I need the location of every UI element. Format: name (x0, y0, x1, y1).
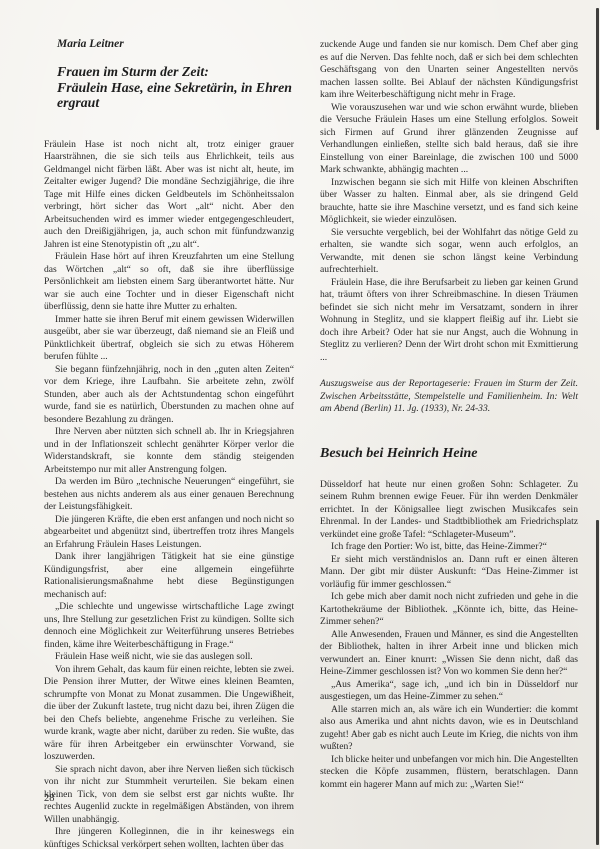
paragraph: Inzwischen begann sie sich mit Hilfe von… (320, 177, 578, 227)
paragraph: Ich frage den Portier: Wo ist, bitte, da… (320, 541, 578, 554)
paragraph: Sie sprach nicht davon, aber ihre Nerven… (44, 764, 294, 827)
author-name: Maria Leitner (57, 38, 294, 50)
paragraph: zuckende Auge und fanden sie nur komisch… (320, 39, 578, 102)
paragraph: Sie begann fünfzehnjährig, noch in den „… (44, 364, 294, 427)
paragraph: Von ihrem Gehalt, das kaum für einen rei… (44, 664, 294, 764)
left-column: Maria Leitner Frauen im Sturm der Zeit: … (44, 38, 294, 849)
scan-edge-artifact-bottom (596, 520, 599, 845)
scan-edge-artifact-top (596, 8, 599, 130)
paragraph: Alle Anwesenden, Frauen und Männer, es s… (320, 629, 578, 679)
paragraph: Fräulein Hase weiß nicht, wie sie das au… (44, 651, 294, 664)
two-column-layout: Maria Leitner Frauen im Sturm der Zeit: … (44, 38, 576, 849)
article-title-line-1: Frauen im Sturm der Zeit: (57, 64, 294, 80)
article-title-line-2: Fräulein Hase, eine Sekretärin, in Ehren (57, 80, 294, 96)
paragraph: Fräulein Hase, die ihre Berufsarbeit zu … (320, 277, 578, 365)
scanned-book-page: Maria Leitner Frauen im Sturm der Zeit: … (0, 0, 600, 849)
paragraph: Düsseldorf hat heute nur einen großen So… (320, 479, 578, 542)
paragraph: Ich blicke heiter und unbefangen vor mic… (320, 754, 578, 792)
source-note: Auszugsweise aus der Reportageserie: Fra… (320, 378, 578, 416)
paragraph: Sie versuchte vergeblich, bei der Wohlfa… (320, 227, 578, 277)
right-column: zuckende Auge und fanden sie nur komisch… (320, 38, 578, 849)
paragraph: Ich gebe mich aber damit noch nicht zufr… (320, 591, 578, 629)
paragraph: Fräulein Hase ist noch nicht alt, trotz … (44, 139, 294, 252)
paragraph: Ihre Nerven aber nützten sich schnell ab… (44, 426, 294, 476)
paragraph: Alle starren mich an, als wäre ich ein W… (320, 704, 578, 754)
paragraph: Die jüngeren Kräfte, die eben erst anfan… (44, 514, 294, 552)
paragraph: Ihre jüngeren Kolleginnen, die in ihr ke… (44, 826, 294, 849)
paragraph: „Aus Amerika“, sage ich, „und ich bin in… (320, 679, 578, 704)
article-body-left: Fräulein Hase ist noch nicht alt, trotz … (44, 139, 294, 849)
page-number: 28 (44, 793, 55, 804)
article-title: Frauen im Sturm der Zeit: Fräulein Hase,… (57, 64, 294, 111)
paragraph: Wie vorauszusehen war und wie schon erwä… (320, 102, 578, 177)
paragraph: Dank ihrer langjährigen Tätigkeit hat si… (44, 551, 294, 601)
second-article-title: Besuch bei Heinrich Heine (320, 446, 578, 462)
paragraph: Da werden im Büro „technische Neuerungen… (44, 476, 294, 514)
paragraph: Er sieht mich verständnislos an. Dann ru… (320, 554, 578, 592)
second-article-body: Düsseldorf hat heute nur einen großen So… (320, 479, 578, 792)
paragraph: Immer hatte sie ihren Beruf mit einem ge… (44, 314, 294, 364)
article-body-right: zuckende Auge und fanden sie nur komisch… (320, 39, 578, 416)
paragraph: Fräulein Hase hört auf ihren Kreuzfahrte… (44, 251, 294, 314)
paragraph: „Die schlechte und ungewisse wirtschaftl… (44, 601, 294, 651)
article-title-line-3: ergraut (57, 95, 294, 111)
